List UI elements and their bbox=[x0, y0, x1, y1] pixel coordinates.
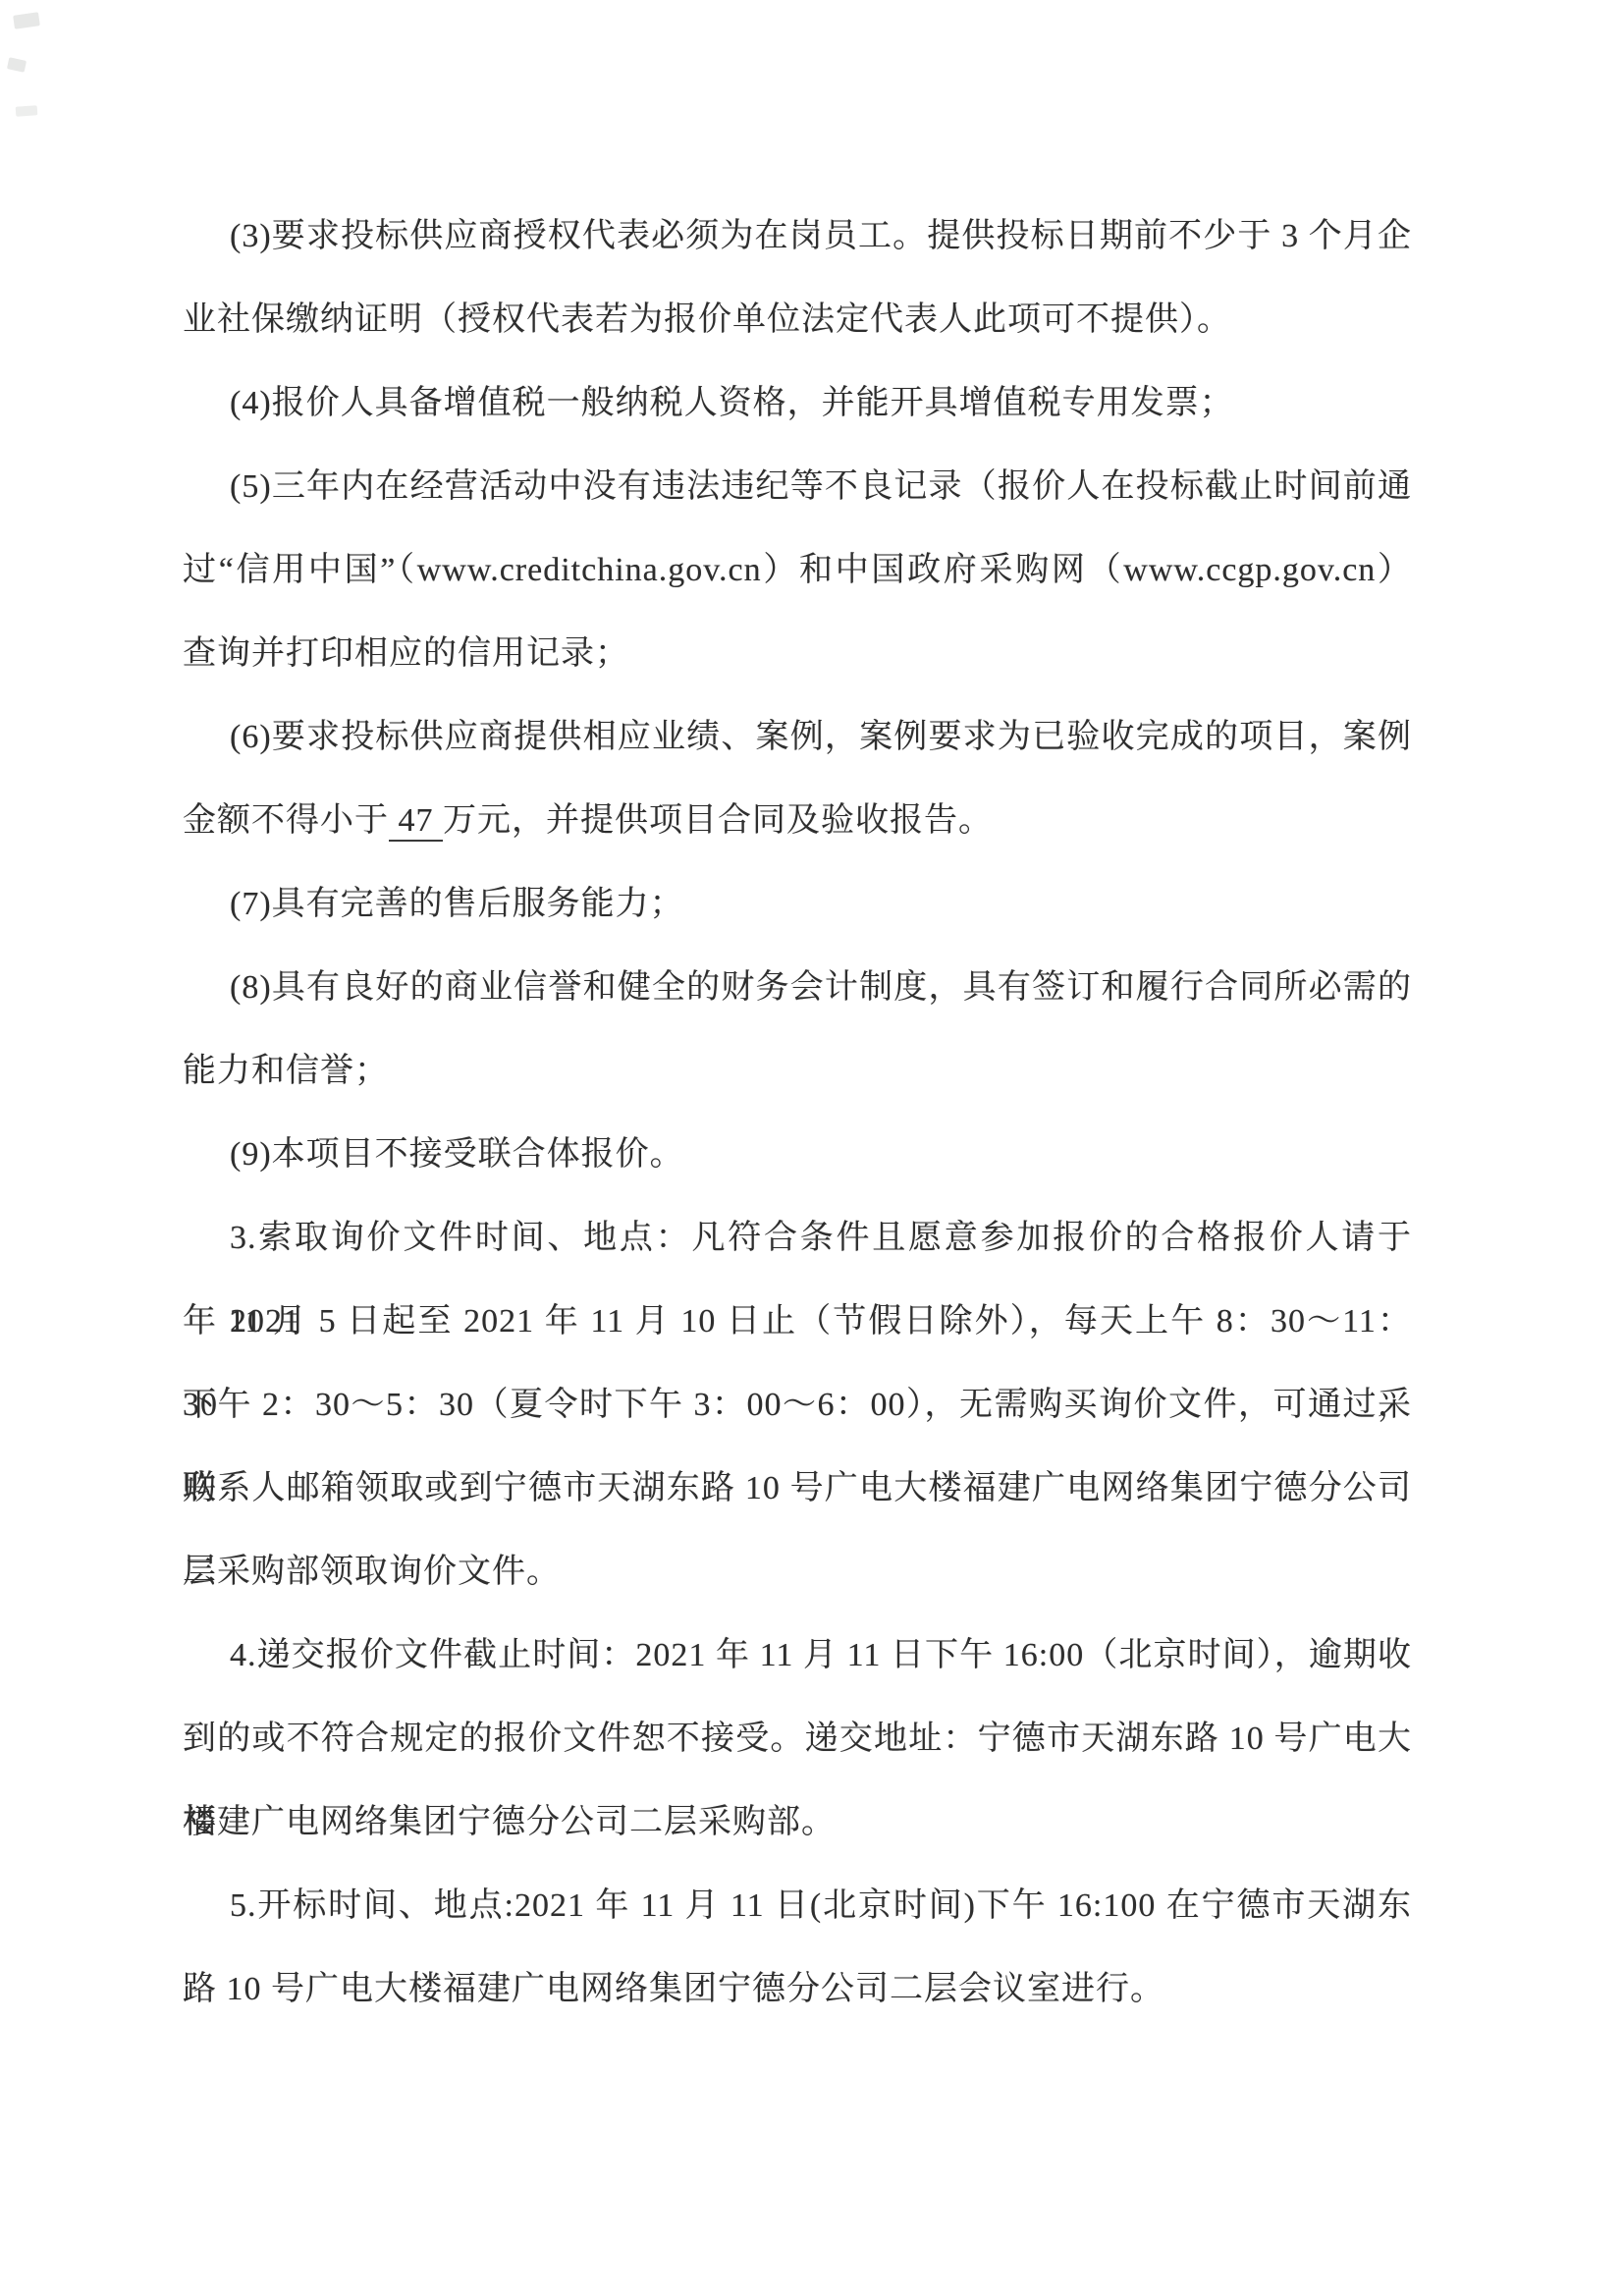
text-line: 层采购部领取询价文件。 bbox=[183, 1530, 1412, 1613]
scan-artifact bbox=[13, 12, 40, 28]
line-text: (7)具有完善的售后服务能力； bbox=[230, 886, 684, 922]
text-line: 业社保缴纳证明（授权代表若为报价单位法定代表人此项可不提供）。 bbox=[183, 278, 1412, 361]
text-line: 年 11 月 5 日起至 2021 年 11 月 10 日止（节假日除外），每天… bbox=[183, 1280, 1412, 1363]
text-line: 联系人邮箱领取或到宁德市天湖东路 10 号广电大楼福建广电网络集团宁德分公司二 bbox=[183, 1447, 1412, 1530]
text-line: 下午 2：30～5：30（夏令时下午 3：00～6：00），无需购买询价文件，可… bbox=[183, 1363, 1412, 1447]
text-line: 金额不得小于 47 万元，并提供项目合同及验收报告。 bbox=[183, 779, 1412, 862]
text-line: (4)报价人具备增值税一般纳税人资格，并能开具增值税专用发票； bbox=[183, 361, 1412, 445]
scan-artifact bbox=[16, 105, 38, 117]
line-text: (4)报价人具备增值税一般纳税人资格，并能开具增值税专用发票； bbox=[230, 385, 1234, 421]
line-text: 层采购部领取询价文件。 bbox=[183, 1554, 561, 1590]
line-text: 路 10 号广电大楼福建广电网络集团宁德分公司二层会议室进行。 bbox=[183, 1971, 1164, 2007]
text-line: 路 10 号广电大楼福建广电网络集团宁德分公司二层会议室进行。 bbox=[183, 1947, 1412, 2031]
text-line: (8)具有良好的商业信誉和健全的财务会计制度，具有签订和履行合同所必需的 bbox=[183, 946, 1412, 1029]
text-line: (6)要求投标供应商提供相应业绩、案例，案例要求为已验收完成的项目，案例 bbox=[183, 695, 1412, 779]
line-text: 万元，并提供项目合同及验收报告。 bbox=[443, 802, 993, 839]
line-text: (9)本项目不接受联合体报价。 bbox=[230, 1136, 684, 1173]
text-line: 过“信用中国”（www.creditchina.gov.cn）和中国政府采购网（… bbox=[183, 528, 1412, 612]
text-line: 查询并打印相应的信用记录； bbox=[183, 612, 1412, 695]
line-text: (8)具有良好的商业信誉和健全的财务会计制度，具有签订和履行合同所必需的 bbox=[230, 969, 1412, 1006]
text-line: 4.递交报价文件截止时间：2021 年 11 月 11 日下午 16:00（北京… bbox=[183, 1613, 1412, 1697]
line-text: 4.递交报价文件截止时间：2021 年 11 月 11 日下午 16:00（北京… bbox=[230, 1637, 1412, 1673]
line-text: 能力和信誉； bbox=[183, 1053, 389, 1089]
scan-artifact bbox=[7, 57, 27, 72]
line-text: 5.开标时间、地点:2021 年 11 月 11 日(北京时间)下午 16:10… bbox=[230, 1887, 1412, 1924]
line-text: (3)要求投标供应商授权代表必须为在岗员工。提供投标日期前不少于 3 个月企 bbox=[230, 218, 1412, 254]
line-text: 福建广电网络集团宁德分公司二层采购部。 bbox=[183, 1804, 836, 1840]
text-line: 3.索取询价文件时间、地点：凡符合条件且愿意参加报价的合格报价人请于 2021 bbox=[183, 1196, 1412, 1280]
line-text: (5)三年内在经营活动中没有违法违纪等不良记录（报价人在投标截止时间前通 bbox=[230, 468, 1412, 505]
text-line: (9)本项目不接受联合体报价。 bbox=[183, 1113, 1412, 1196]
text-line: (5)三年内在经营活动中没有违法违纪等不良记录（报价人在投标截止时间前通 bbox=[183, 445, 1412, 528]
line-text: 查询并打印相应的信用记录； bbox=[183, 635, 629, 672]
document-page: (3)要求投标供应商授权代表必须为在岗员工。提供投标日期前不少于 3 个月企业社… bbox=[0, 0, 1623, 2296]
text-line: (7)具有完善的售后服务能力； bbox=[183, 862, 1412, 946]
line-text: 过“信用中国”（www.creditchina.gov.cn）和中国政府采购网（… bbox=[183, 552, 1412, 588]
underlined-value: 47 bbox=[389, 802, 443, 842]
text-line: 能力和信誉； bbox=[183, 1029, 1412, 1113]
text-line: 到的或不符合规定的报价文件恕不接受。递交地址：宁德市天湖东路 10 号广电大楼 bbox=[183, 1697, 1412, 1780]
text-line: 福建广电网络集团宁德分公司二层采购部。 bbox=[183, 1780, 1412, 1864]
document-body: (3)要求投标供应商授权代表必须为在岗员工。提供投标日期前不少于 3 个月企业社… bbox=[183, 194, 1412, 2031]
text-line: 5.开标时间、地点:2021 年 11 月 11 日(北京时间)下午 16:10… bbox=[183, 1864, 1412, 1947]
line-text: 金额不得小于 bbox=[183, 802, 389, 839]
line-text: (6)要求投标供应商提供相应业绩、案例，案例要求为已验收完成的项目，案例 bbox=[230, 719, 1412, 755]
line-text: 业社保缴纳证明（授权代表若为报价单位法定代表人此项可不提供）。 bbox=[183, 301, 1231, 338]
text-line: (3)要求投标供应商授权代表必须为在岗员工。提供投标日期前不少于 3 个月企 bbox=[183, 194, 1412, 278]
